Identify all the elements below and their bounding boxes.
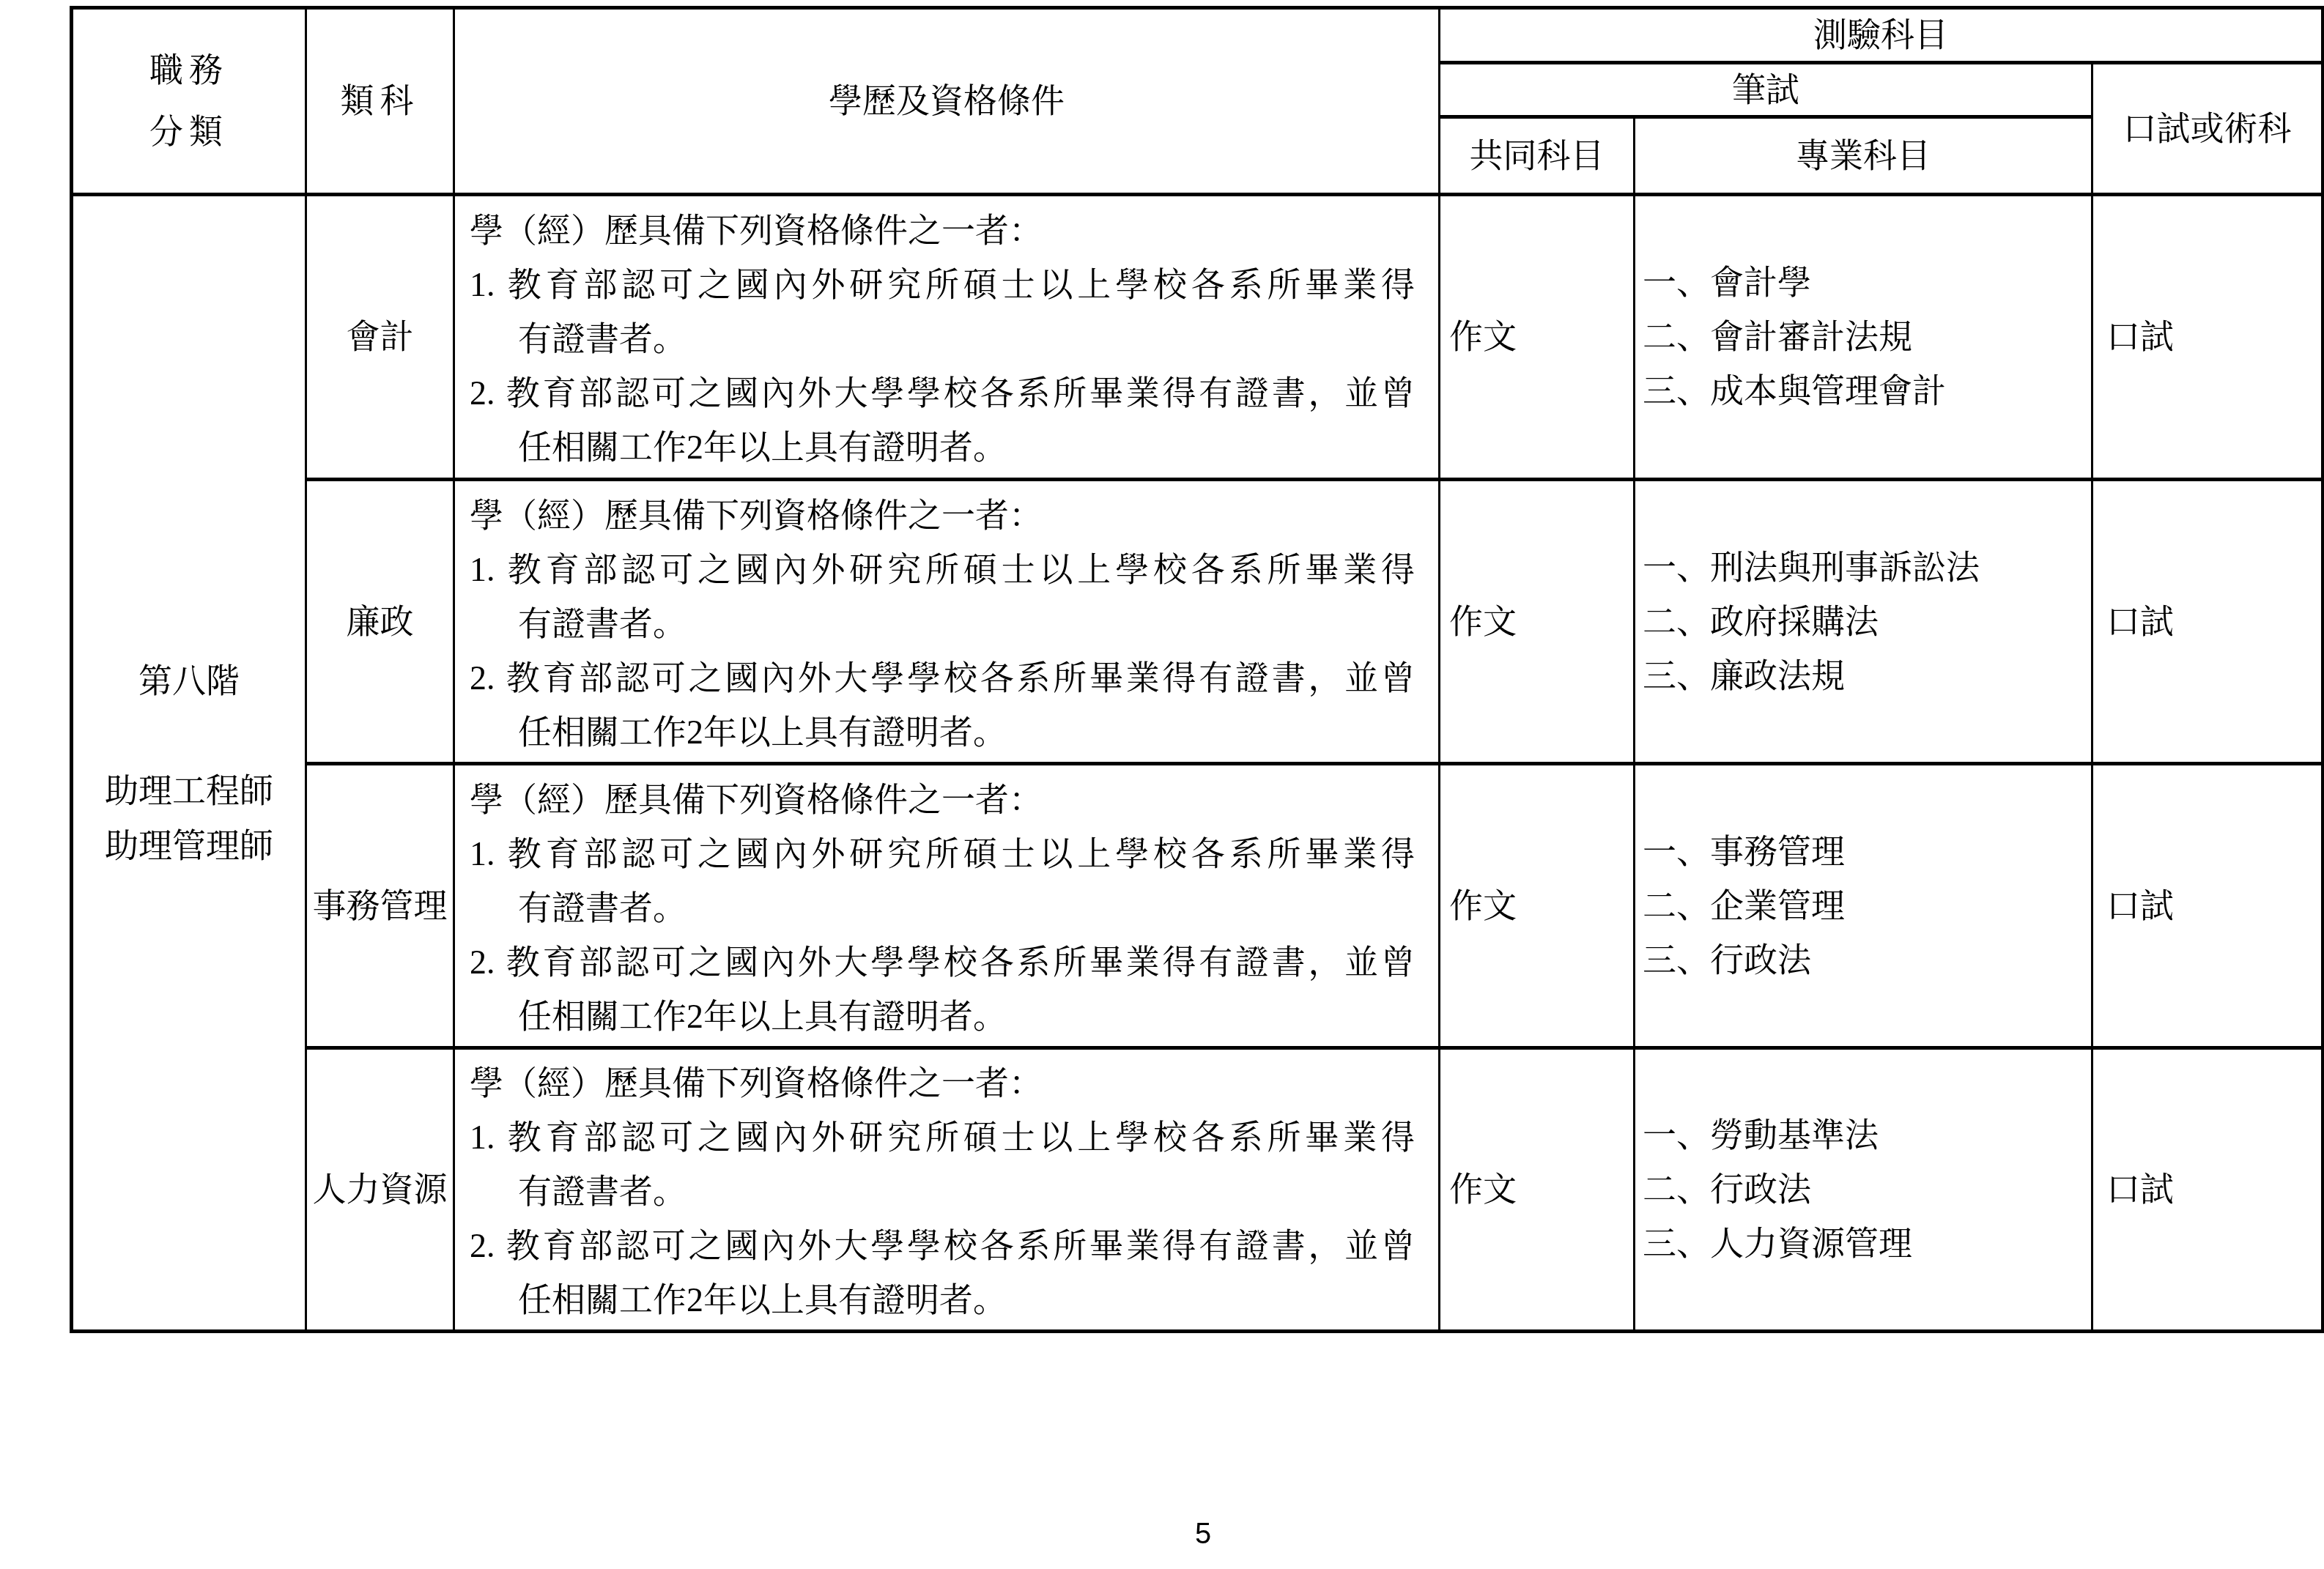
subject-line: 二、企業管理 <box>1643 879 2091 933</box>
subject-line: 二、行政法 <box>1643 1162 2091 1217</box>
recruitment-exam-table: 職務 分類 類科 學歷及資格條件 測驗科目 筆試 口試或術科 共同科目 專業科目… <box>70 6 2324 1333</box>
subject-line: 一、刑法與刑事訴訟法 <box>1643 541 2091 595</box>
subject-line: 三、成本與管理會計 <box>1643 364 2091 418</box>
subject-line: 三、人力資源管理 <box>1643 1217 2091 1271</box>
qualification-line: 1. 教育部認可之國內外研究所碩士以上學校各系所畢業得 <box>470 258 1415 312</box>
professional-subjects-cell: 一、勞動基準法 二、行政法 三、人力資源管理 <box>1635 1048 2092 1332</box>
qualification-cell: 學（經）歷具備下列資格條件之一者： 1. 教育部認可之國內外研究所碩士以上學校各… <box>454 764 1440 1048</box>
header-row-1: 職務 分類 類科 學歷及資格條件 測驗科目 <box>72 8 2323 63</box>
category-cell: 廉政 <box>306 480 454 764</box>
oral-test-cell: 口試 <box>2092 764 2323 1048</box>
subject-line: 二、政府採購法 <box>1643 595 2091 649</box>
qualification-line: 2. 教育部認可之國內外大學學校各系所畢業得有證書，並曾 <box>470 1219 1415 1273</box>
qualification-line: 任相關工作2年以上具有證明者。 <box>470 1273 1415 1327</box>
oral-test-cell: 口試 <box>2092 1048 2323 1332</box>
qualification-line: 有證書者。 <box>470 881 1415 935</box>
qualification-line: 學（經）歷具備下列資格條件之一者： <box>470 204 1415 258</box>
subject-line: 一、勞動基準法 <box>1643 1108 2091 1162</box>
qualification-line: 學（經）歷具備下列資格條件之一者： <box>470 1056 1415 1110</box>
qualification-line: 1. 教育部認可之國內外研究所碩士以上學校各系所畢業得 <box>470 827 1415 881</box>
qualification-cell: 學（經）歷具備下列資格條件之一者： 1. 教育部認可之國內外研究所碩士以上學校各… <box>454 195 1440 480</box>
document-page: 職務 分類 類科 學歷及資格條件 測驗科目 筆試 口試或術科 共同科目 專業科目… <box>0 0 2324 1569</box>
qualification-line: 任相關工作2年以上具有證明者。 <box>470 990 1415 1044</box>
qualification-cell: 學（經）歷具備下列資格條件之一者： 1. 教育部認可之國內外研究所碩士以上學校各… <box>454 480 1440 764</box>
category-header: 類科 <box>306 8 454 195</box>
common-subject-cell: 作文 <box>1440 480 1635 764</box>
subject-line: 二、會計審計法規 <box>1643 310 2091 364</box>
oral-test-cell: 口試 <box>2092 480 2323 764</box>
common-subject-cell: 作文 <box>1440 195 1635 480</box>
qualification-cell: 學（經）歷具備下列資格條件之一者： 1. 教育部認可之國內外研究所碩士以上學校各… <box>454 1048 1440 1332</box>
common-subject-cell: 作文 <box>1440 1048 1635 1332</box>
subject-line: 一、會計學 <box>1643 256 2091 310</box>
qualification-line: 2. 教育部認可之國內外大學學校各系所畢業得有證書，並曾 <box>470 935 1415 990</box>
oral-test-cell: 口試 <box>2092 195 2323 480</box>
professional-subjects-cell: 一、刑法與刑事訴訟法 二、政府採購法 三、廉政法規 <box>1635 480 2092 764</box>
subject-line: 三、廉政法規 <box>1643 649 2091 703</box>
qualification-line: 任相關工作2年以上具有證明者。 <box>470 420 1415 475</box>
common-subjects-header: 共同科目 <box>1440 117 1635 195</box>
job-class-header: 職務 分類 <box>72 8 306 195</box>
page-number: 5 <box>1174 1518 1232 1551</box>
qualification-line: 1. 教育部認可之國內外研究所碩士以上學校各系所畢業得 <box>470 543 1415 597</box>
category-cell: 人力資源 <box>306 1048 454 1332</box>
professional-subjects-cell: 一、事務管理 二、企業管理 三、行政法 <box>1635 764 2092 1048</box>
qualification-line: 學（經）歷具備下列資格條件之一者： <box>470 489 1415 543</box>
qualification-line: 有證書者。 <box>470 1165 1415 1219</box>
category-cell: 會計 <box>306 195 454 480</box>
oral-practical-header: 口試或術科 <box>2092 63 2323 195</box>
qualification-line: 1. 教育部認可之國內外研究所碩士以上學校各系所畢業得 <box>470 1110 1415 1165</box>
qualification-line: 2. 教育部認可之國內外大學學校各系所畢業得有證書，並曾 <box>470 366 1415 420</box>
subject-line: 一、事務管理 <box>1643 825 2091 879</box>
test-subjects-header: 測驗科目 <box>1440 8 2323 63</box>
qualification-line: 任相關工作2年以上具有證明者。 <box>470 705 1415 760</box>
qualification-line: 學（經）歷具備下列資格條件之一者： <box>470 773 1415 827</box>
professional-subjects-cell: 一、會計學 二、會計審計法規 三、成本與管理會計 <box>1635 195 2092 480</box>
table-row-accounting: 第八階 助理工程師 助理管理師 會計 學（經）歷具備下列資格條件之一者： 1. … <box>72 195 2323 480</box>
qualification-line: 有證書者。 <box>470 312 1415 366</box>
job-classification-cell: 第八階 助理工程師 助理管理師 <box>72 195 306 1332</box>
professional-subjects-header: 專業科目 <box>1635 117 2092 195</box>
table-row-ethics: 廉政 學（經）歷具備下列資格條件之一者： 1. 教育部認可之國內外研究所碩士以上… <box>72 480 2323 764</box>
table-row-human-resources: 人力資源 學（經）歷具備下列資格條件之一者： 1. 教育部認可之國內外研究所碩士… <box>72 1048 2323 1332</box>
common-subject-cell: 作文 <box>1440 764 1635 1048</box>
qualification-header: 學歷及資格條件 <box>454 8 1440 195</box>
table-row-general-affairs: 事務管理 學（經）歷具備下列資格條件之一者： 1. 教育部認可之國內外研究所碩士… <box>72 764 2323 1048</box>
qualification-line: 2. 教育部認可之國內外大學學校各系所畢業得有證書，並曾 <box>470 651 1415 705</box>
category-cell: 事務管理 <box>306 764 454 1048</box>
qualification-line: 有證書者。 <box>470 597 1415 651</box>
subject-line: 三、行政法 <box>1643 933 2091 987</box>
written-test-header: 筆試 <box>1440 63 2092 117</box>
